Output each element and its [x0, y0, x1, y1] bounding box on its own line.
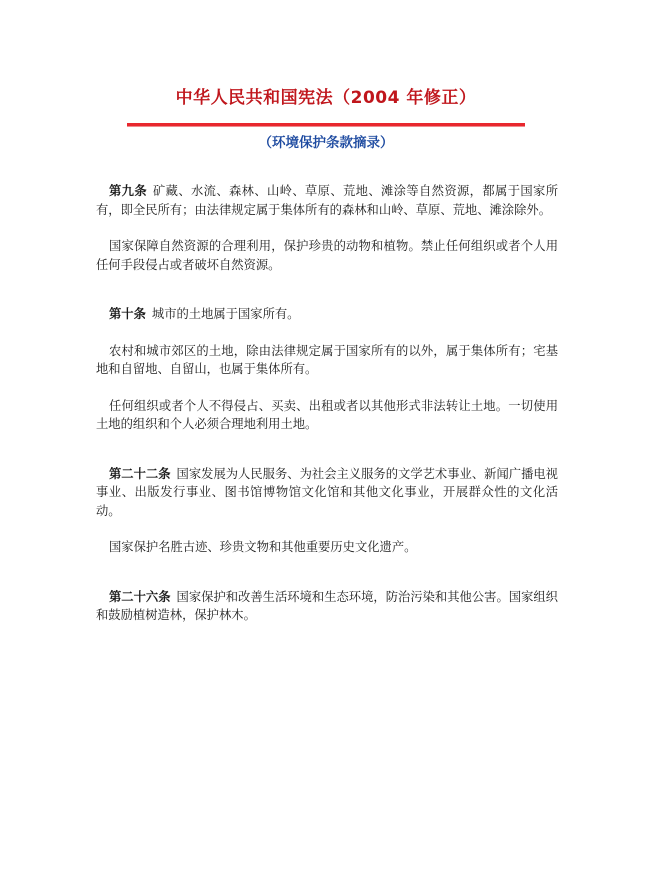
article-26: 第二十六条国家保护和改善生活环境和生态环境，防治污染和其他公害。国家组织和鼓励植…	[96, 588, 558, 625]
document-body: 第九条矿藏、水流、森林、山岭、草原、荒地、滩涂等自然资源，都属于国家所有，即全民…	[96, 182, 558, 625]
article-paragraph: 任何组织或者个人不得侵占、买卖、出租或者以其他形式非法转让土地。一切使用土地的组…	[96, 397, 558, 434]
article-label: 第十条	[109, 307, 146, 321]
article-label: 第二十六条	[109, 590, 171, 604]
article-paragraph: 第二十二条国家发展为人民服务、为社会主义服务的文学艺术事业、新闻广播电视事业、出…	[96, 465, 558, 521]
document-title: 中华人民共和国宪法（2004 年修正）	[0, 83, 652, 108]
article-paragraph: 农村和城市郊区的土地，除由法律规定属于国家所有的以外，属于集体所有；宅基地和自留…	[96, 342, 558, 379]
article-paragraph: 第九条矿藏、水流、森林、山岭、草原、荒地、滩涂等自然资源，都属于国家所有，即全民…	[96, 182, 558, 219]
article-9: 第九条矿藏、水流、森林、山岭、草原、荒地、滩涂等自然资源，都属于国家所有，即全民…	[96, 182, 558, 274]
article-label: 第九条	[109, 184, 147, 198]
article-22: 第二十二条国家发展为人民服务、为社会主义服务的文学艺术事业、新闻广播电视事业、出…	[96, 465, 558, 557]
document-subtitle: （环境保护条款摘录）	[0, 131, 652, 151]
article-paragraph: 第二十六条国家保护和改善生活环境和生态环境，防治污染和其他公害。国家组织和鼓励植…	[96, 588, 558, 625]
article-paragraph: 国家保护名胜古迹、珍贵文物和其他重要历史文化遗产。	[96, 538, 558, 557]
article-label: 第二十二条	[109, 467, 171, 481]
title-divider	[127, 123, 525, 126]
article-paragraph: 第十条城市的土地属于国家所有。	[96, 305, 558, 324]
article-paragraph: 国家保障自然资源的合理利用，保护珍贵的动物和植物。禁止任何组织或者个人用任何手段…	[96, 237, 558, 274]
article-10: 第十条城市的土地属于国家所有。 农村和城市郊区的土地，除由法律规定属于国家所有的…	[96, 305, 558, 434]
